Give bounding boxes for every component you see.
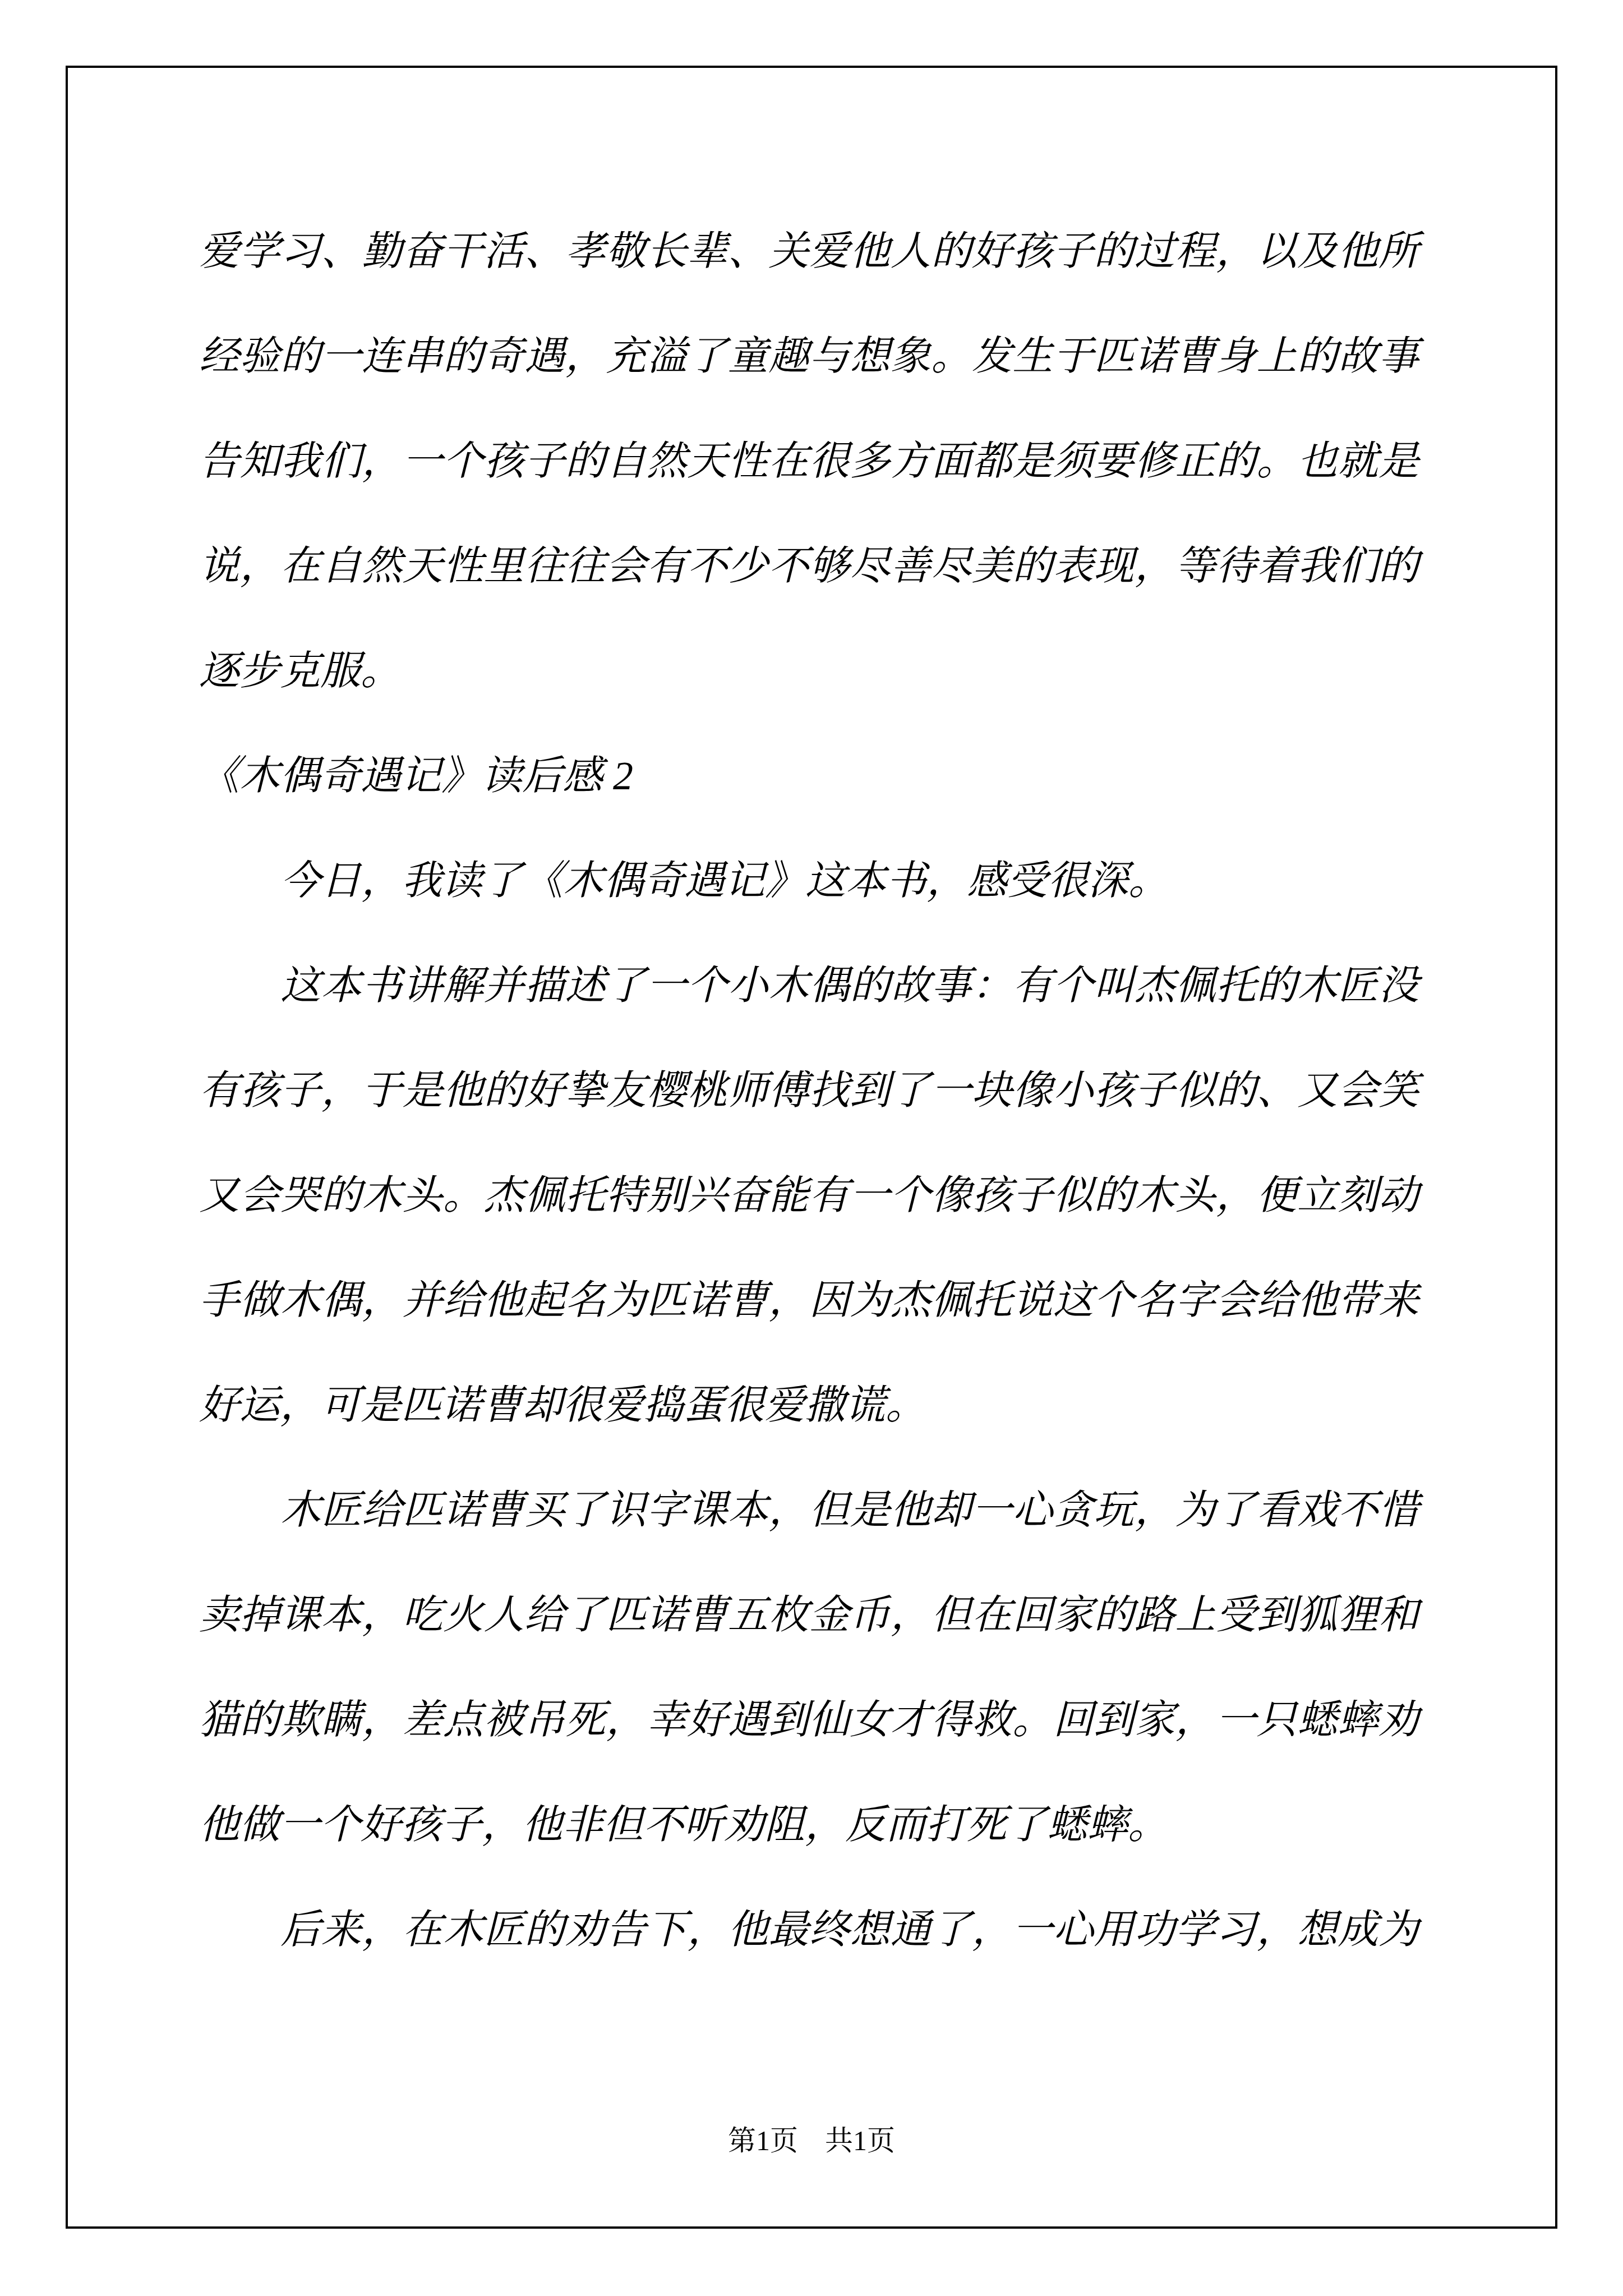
- text-line: 木匠给匹诺曹买了识字课本，但是他却一心贪玩，为了看戏不惜: [199, 1458, 1419, 1563]
- text-line: 有孩子，于是他的好挚友樱桃师傅找到了一块像小孩子似的、又会笑: [199, 1038, 1419, 1143]
- document-body: 爱学习、勤奋干活、孝敬长辈、关爱他人的好孩子的过程，以及他所 经验的一连串的奇遇…: [199, 199, 1419, 1982]
- document-page: 爱学习、勤奋干活、孝敬长辈、关爱他人的好孩子的过程，以及他所 经验的一连串的奇遇…: [0, 0, 1623, 2296]
- page-number-current: 第1页: [728, 2125, 798, 2156]
- text-line: 告知我们，一个孩子的自然天性在很多方面都是须要修正的。也就是: [199, 409, 1419, 514]
- text-line: 手做木偶，并给他起名为匹诺曹，因为杰佩托说这个名字会给他带来: [199, 1248, 1419, 1353]
- text-line: 说，在自然天性里往往会有不少不够尽善尽美的表现，等待着我们的: [199, 514, 1419, 619]
- text-line: 他做一个好孩子，他非但不听劝阻，反而打死了蟋蟀。: [199, 1773, 1419, 1878]
- text-line: 爱学习、勤奋干活、孝敬长辈、关爱他人的好孩子的过程，以及他所: [199, 199, 1419, 304]
- text-line: 好运，可是匹诺曹却很爱捣蛋很爱撒谎。: [199, 1353, 1419, 1458]
- page-count-total: 共1页: [825, 2125, 895, 2156]
- text-line: 卖掉课本，吃火人给了匹诺曹五枚金币，但在回家的路上受到狐狸和: [199, 1563, 1419, 1668]
- text-line: 后来，在木匠的劝告下，他最终想通了，一心用功学习，想成为: [199, 1878, 1419, 1982]
- page-footer: 第1页共1页: [66, 2123, 1557, 2158]
- text-line: 又会哭的木头。杰佩托特别兴奋能有一个像孩子似的木头，便立刻动: [199, 1143, 1419, 1248]
- text-line: 逐步克服。: [199, 619, 1419, 724]
- text-line: 今日，我读了《木偶奇遇记》这本书，感受很深。: [199, 829, 1419, 933]
- text-line: 这本书讲解并描述了一个小木偶的故事：有个叫杰佩托的木匠没: [199, 933, 1419, 1038]
- section-heading: 《木偶奇遇记》读后感 2: [199, 724, 1419, 829]
- text-line: 经验的一连串的奇遇，充溢了童趣与想象。发生于匹诺曹身上的故事: [199, 304, 1419, 409]
- text-line: 猫的欺瞒，差点被吊死，幸好遇到仙女才得救。回到家，一只蟋蟀劝: [199, 1668, 1419, 1773]
